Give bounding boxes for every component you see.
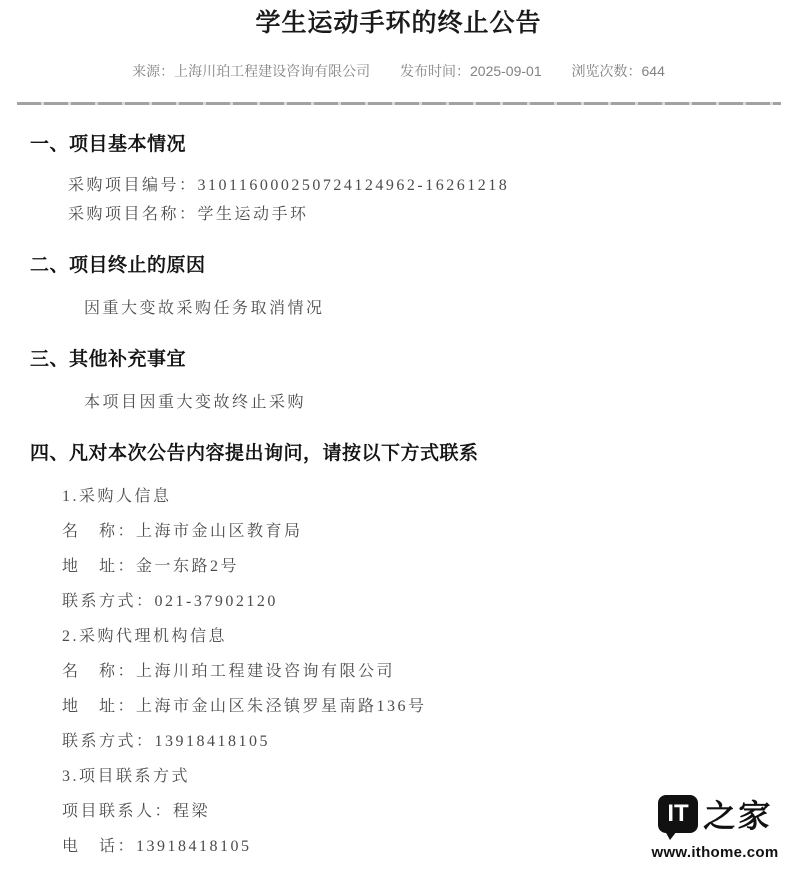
divider-line [17,102,781,105]
section-heading: 四、凡对本次公告内容提出询问，请按以下方式联系 [30,442,797,466]
section-line: 联系方式：021-37902120 [62,591,797,613]
section-heading: 二、项目终止的原因 [30,254,797,278]
meta-source-value: 上海川珀工程建设咨询有限公司 [174,63,370,79]
meta-views-value: 644 [642,63,665,79]
meta-source-label: 来源： [132,63,174,79]
ithome-logo-it-text: IT [667,800,688,828]
section-line: 2.采购代理机构信息 [62,626,797,648]
ithome-logo-zhijia-text: 之家 [702,791,773,837]
ithome-url: www.ithome.com [640,844,790,861]
section-2: 二、项目终止的原因因重大变故采购任务取消情况 [0,254,797,320]
section-heading: 三、其他补充事宜 [30,348,797,372]
announcement-page: 学生运动手环的终止公告 来源：上海川珀工程建设咨询有限公司 发布时间：2025-… [0,0,797,871]
ithome-watermark: IT 之家 www.ithome.com [640,792,790,861]
section-line: 名 称：上海川珀工程建设咨询有限公司 [62,661,797,683]
section-line: 因重大变故采购任务取消情况 [84,298,797,320]
section-line: 地 址：金一东路2号 [62,556,797,578]
ithome-logo-icon: IT [658,795,698,833]
section-line: 名 称：上海市金山区教育局 [62,521,797,543]
section-line: 联系方式：13918418105 [62,731,797,753]
meta-publish-value: 2025-09-01 [470,63,542,79]
meta-publish-time: 发布时间：2025-09-01 [400,63,542,79]
section-heading: 一、项目基本情况 [30,133,797,157]
section-line: 1.采购人信息 [62,486,797,508]
page-title: 学生运动手环的终止公告 [0,0,797,40]
section-3: 三、其他补充事宜本项目因重大变故终止采购 [0,348,797,414]
announcement-body: 一、项目基本情况采购项目编号：310116000250724124962-162… [0,133,797,858]
meta-view-count: 浏览次数：644 [572,63,665,79]
section-line: 采购项目编号：310116000250724124962-16261218 [68,175,797,197]
section-line: 采购项目名称：学生运动手环 [68,204,797,226]
section-1: 一、项目基本情况采购项目编号：310116000250724124962-162… [0,133,797,226]
meta-row: 来源：上海川珀工程建设咨询有限公司 发布时间：2025-09-01 浏览次数：6… [0,61,797,81]
section-line: 本项目因重大变故终止采购 [84,392,797,414]
section-line: 3.项目联系方式 [62,766,797,788]
ithome-logo: IT 之家 [640,792,790,836]
meta-source: 来源：上海川珀工程建设咨询有限公司 [132,63,370,79]
meta-views-label: 浏览次数： [572,63,642,79]
meta-publish-label: 发布时间： [400,63,470,79]
section-line: 地 址：上海市金山区朱泾镇罗星南路136号 [62,696,797,718]
